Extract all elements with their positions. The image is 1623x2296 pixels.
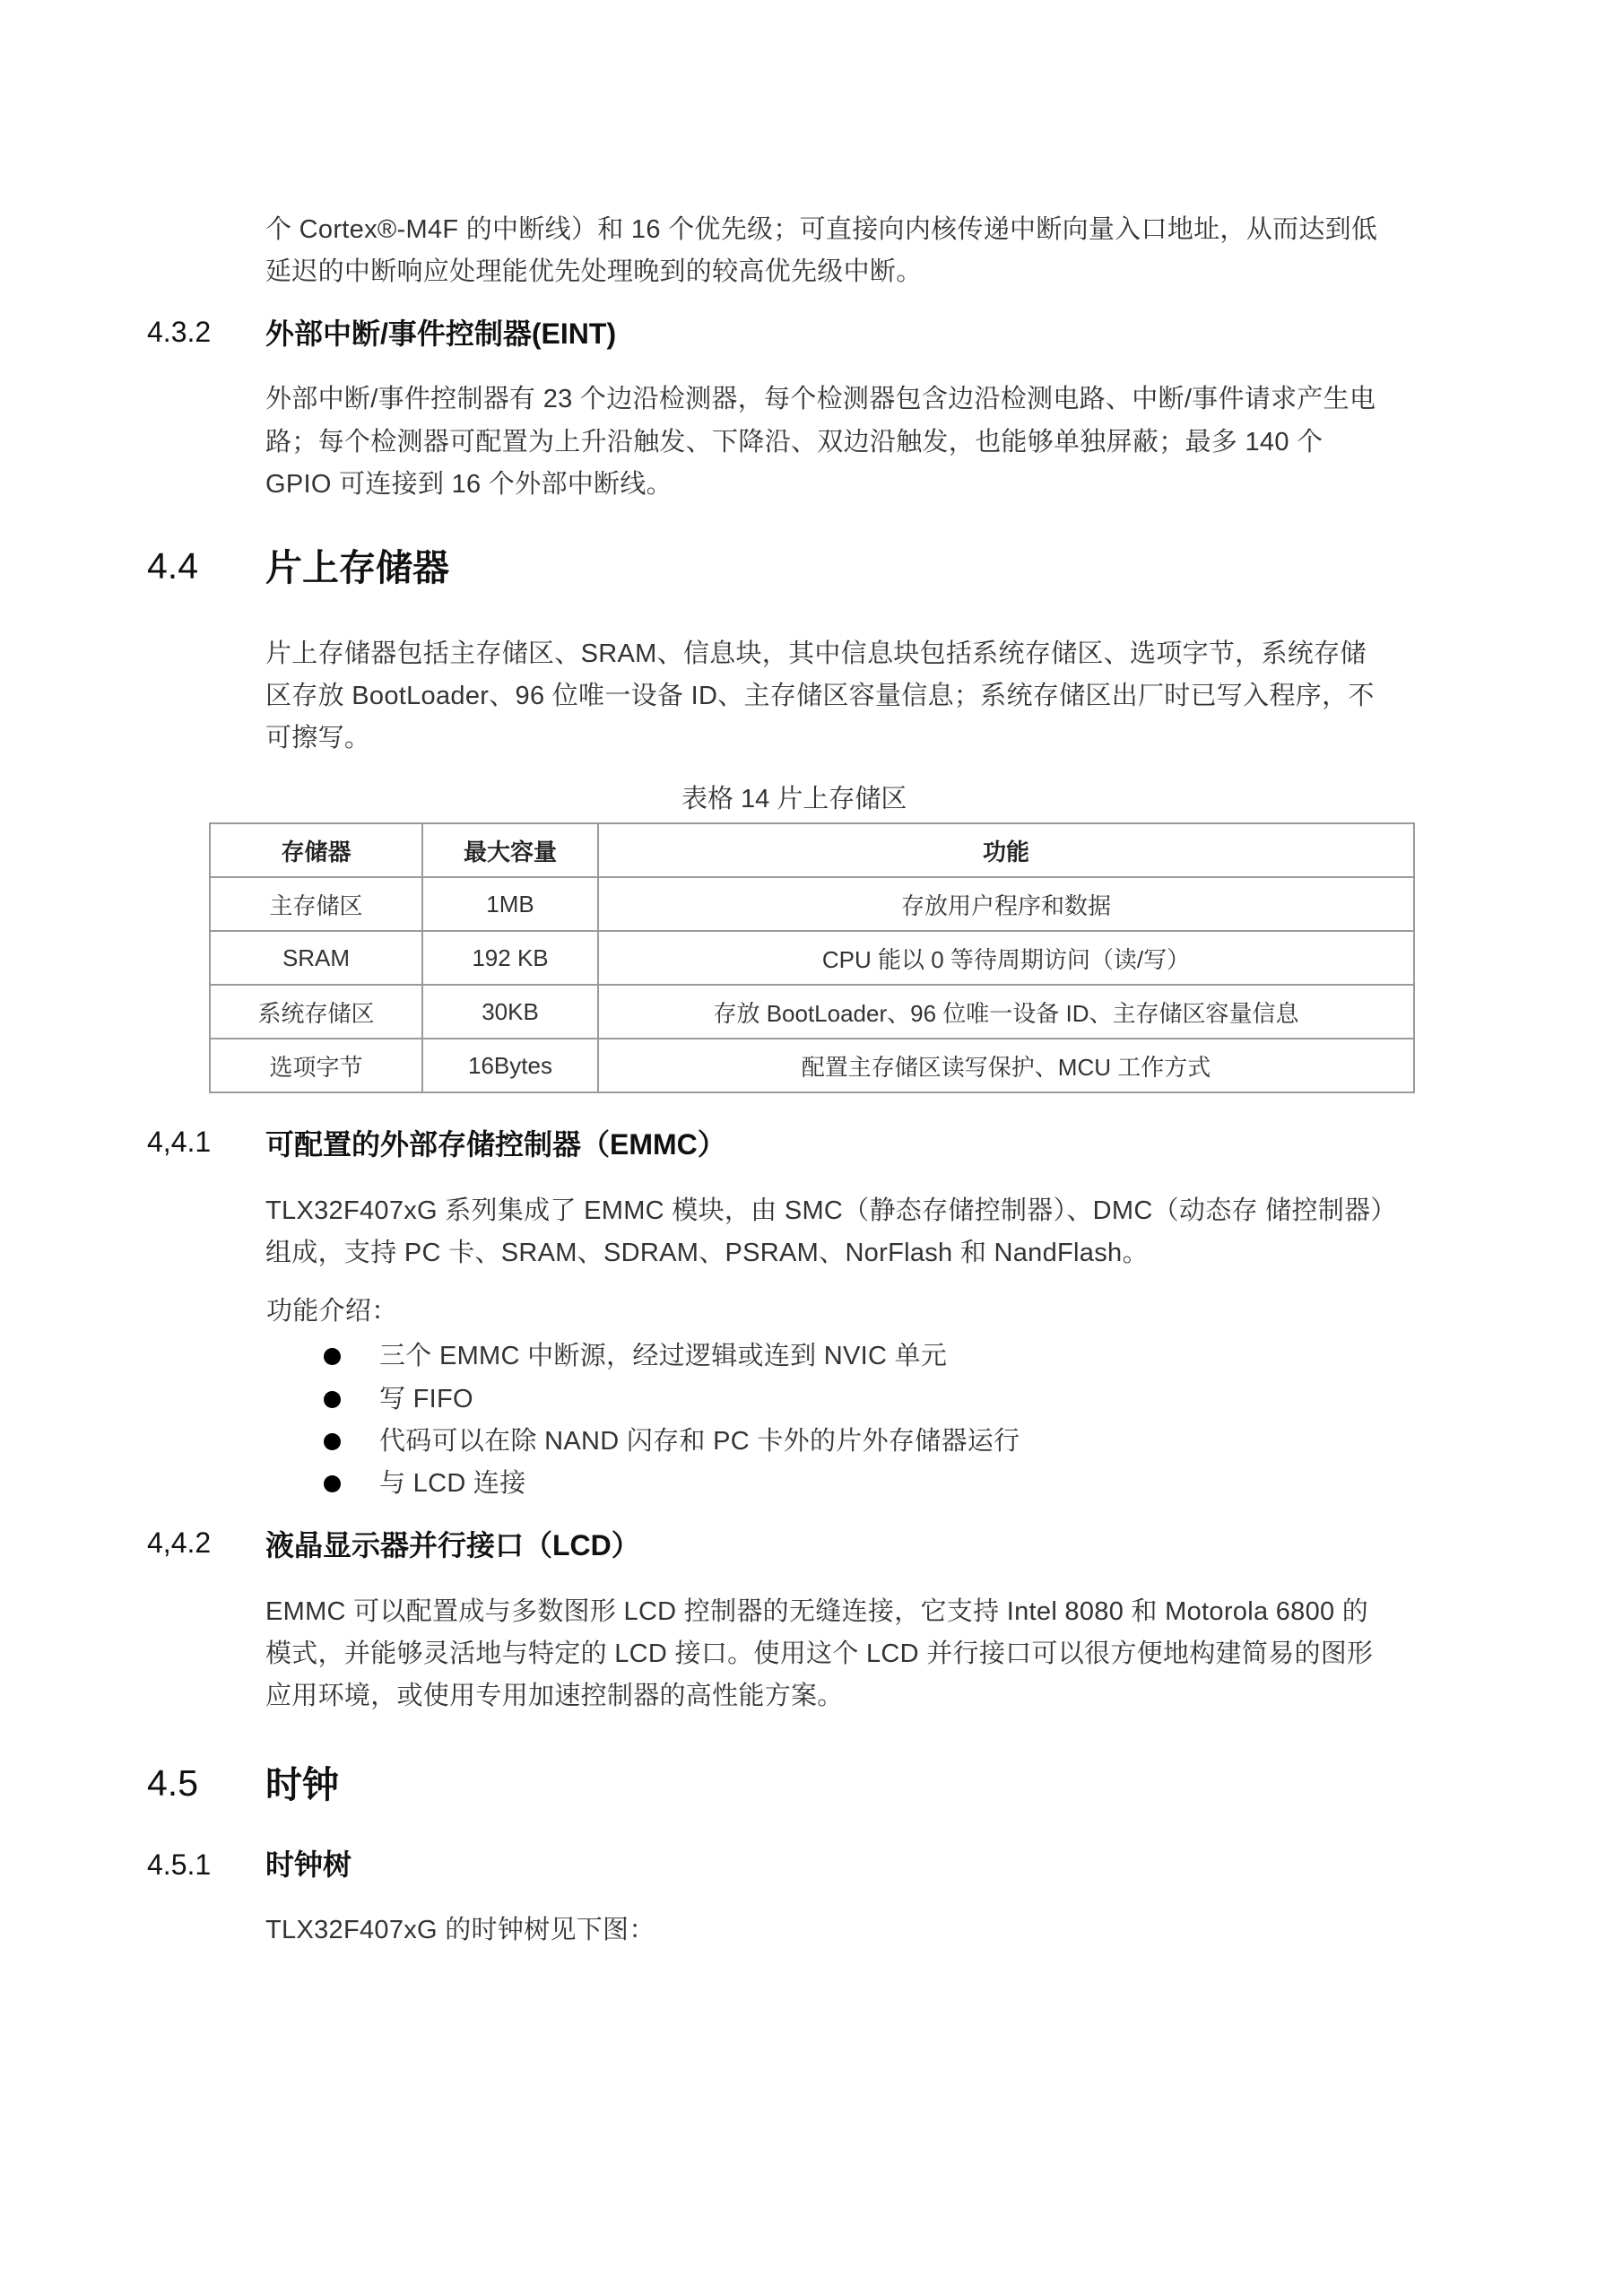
clock-tree-paragraph: TLX32F407xG 的时钟树见下图： xyxy=(265,1914,655,1946)
eint-paragraph-line-3: GPIO 可连接到 16 个外部中断线。 xyxy=(265,468,673,500)
table-cell: 存放用户程序和数据 xyxy=(598,877,1414,931)
section-title-4-4: 片上存储器 xyxy=(265,545,449,590)
section-number-4-5: 4.5 xyxy=(147,1761,198,1805)
table-cell: 选项字节 xyxy=(210,1039,422,1092)
table-header-cell: 存储器 xyxy=(210,823,422,877)
feature-item: 写 FIFO xyxy=(379,1383,473,1415)
bullet-icon xyxy=(324,1391,341,1408)
lcd-paragraph-line-2: 模式，并能够灵活地与特定的 LCD 接口。使用这个 LCD 并行接口可以很方便地… xyxy=(265,1638,1373,1670)
section-title-4-4-2: 液晶显示器并行接口（LCD） xyxy=(265,1527,640,1563)
table-cell: 存放 BootLoader、96 位唯一设备 ID、主存储区容量信息 xyxy=(598,985,1414,1039)
memory-table: 存储器 最大容量 功能 主存储区 1MB 存放用户程序和数据 SRAM 192 … xyxy=(209,822,1415,1093)
table-cell: CPU 能以 0 等待周期访问（读/写） xyxy=(598,931,1414,985)
table-cell: 16Bytes xyxy=(422,1039,598,1092)
section-number-4-4-1: 4,4.1 xyxy=(147,1124,211,1160)
table-header-cell: 最大容量 xyxy=(422,823,598,877)
bullet-icon xyxy=(324,1348,341,1365)
section-number-4-5-1: 4.5.1 xyxy=(147,1847,211,1883)
intro-paragraph-line-1: 个 Cortex®-M4F 的中断线）和 16 个优先级；可直接向内核传递中断向… xyxy=(265,213,1377,246)
table-cell: 30KB xyxy=(422,985,598,1039)
section-title-4-5: 时钟 xyxy=(265,1762,339,1807)
table-header-row: 存储器 最大容量 功能 xyxy=(210,823,1414,877)
table-row: 选项字节 16Bytes 配置主存储区读写保护、MCU 工作方式 xyxy=(210,1039,1414,1092)
eint-paragraph-line-1: 外部中断/事件控制器有 23 个边沿检测器，每个检测器包含边沿检测电路、中断/事… xyxy=(265,383,1376,415)
table-row: 系统存储区 30KB 存放 BootLoader、96 位唯一设备 ID、主存储… xyxy=(210,985,1414,1039)
table-row: SRAM 192 KB CPU 能以 0 等待周期访问（读/写） xyxy=(210,931,1414,985)
bullet-icon xyxy=(324,1433,341,1450)
section-title-4-5-1: 时钟树 xyxy=(265,1847,352,1883)
table-cell: SRAM xyxy=(210,931,422,985)
memory-paragraph-line-1: 片上存储器包括主存储区、SRAM、信息块，其中信息块包括系统存储区、选项字节，系… xyxy=(265,638,1367,670)
feature-item: 三个 EMMC 中断源，经过逻辑或连到 NVIC 单元 xyxy=(379,1340,947,1372)
lcd-paragraph-line-3: 应用环境，或使用专用加速控制器的高性能方案。 xyxy=(265,1680,844,1712)
memory-paragraph-line-2: 区存放 BootLoader、96 位唯一设备 ID、主存储区容量信息；系统存储… xyxy=(265,680,1375,712)
lcd-paragraph-line-1: EMMC 可以配置成与多数图形 LCD 控制器的无缝连接，它支持 Intel 8… xyxy=(265,1596,1368,1628)
section-number-4-4: 4.4 xyxy=(147,544,198,588)
table-cell: 主存储区 xyxy=(210,877,422,931)
intro-paragraph-line-2: 延迟的中断响应处理能优先处理晚到的较高优先级中断。 xyxy=(265,256,923,288)
table-cell: 系统存储区 xyxy=(210,985,422,1039)
emmc-paragraph-line-2: 组成，支持 PC 卡、SRAM、SDRAM、PSRAM、NorFlash 和 N… xyxy=(265,1237,1149,1269)
table-cell: 1MB xyxy=(422,877,598,931)
table-caption: 表格 14 片上存储区 xyxy=(681,783,907,815)
section-title-4-4-1: 可配置的外部存储控制器（EMMC） xyxy=(265,1126,726,1162)
eint-paragraph-line-2: 路；每个检测器可配置为上升沿触发、下降沿、双边沿触发，也能够单独屏蔽；最多 14… xyxy=(265,426,1323,458)
section-title-4-3-2: 外部中断/事件控制器(EINT) xyxy=(265,316,616,352)
bullet-icon xyxy=(324,1475,341,1492)
feature-item: 与 LCD 连接 xyxy=(379,1467,526,1500)
feature-item: 代码可以在除 NAND 闪存和 PC 卡外的片外存储器运行 xyxy=(379,1425,1020,1457)
emmc-paragraph-line-1: TLX32F407xG 系列集成了 EMMC 模块，由 SMC（静态存储控制器）… xyxy=(265,1195,1397,1227)
table-row: 主存储区 1MB 存放用户程序和数据 xyxy=(210,877,1414,931)
features-label: 功能介绍： xyxy=(266,1295,398,1327)
table-cell: 配置主存储区读写保护、MCU 工作方式 xyxy=(598,1039,1414,1092)
table-header-cell: 功能 xyxy=(598,823,1414,877)
memory-paragraph-line-3: 可擦写。 xyxy=(265,722,370,754)
table-cell: 192 KB xyxy=(422,931,598,985)
section-number-4-4-2: 4,4.2 xyxy=(147,1525,211,1561)
section-number-4-3-2: 4.3.2 xyxy=(147,314,211,350)
